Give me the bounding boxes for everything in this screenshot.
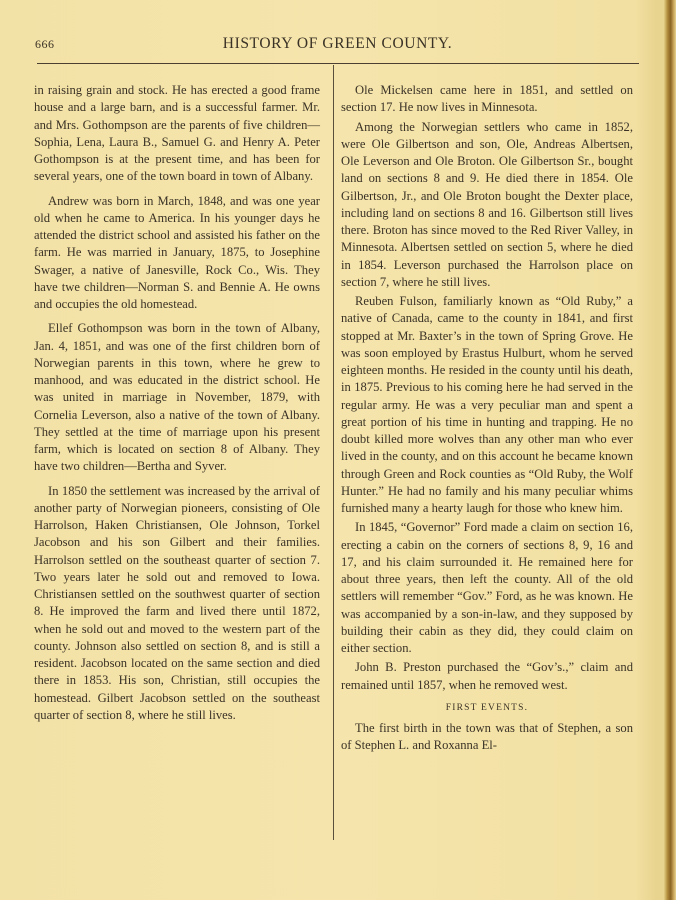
header-rule xyxy=(37,63,639,64)
paragraph-1850-settlement: In 1850 the settlement was increased by … xyxy=(34,483,320,725)
right-column: Ole Mickelsen came here in 1851, and set… xyxy=(341,82,633,757)
section-heading-first-events: FIRST EVENTS. xyxy=(341,700,633,717)
paragraph-continued: in raising grain and stock. He has erect… xyxy=(34,82,320,186)
paragraph-ellef-gothompson: Ellef Gothompson was born in the town of… xyxy=(34,320,320,475)
paragraph-john-preston: John B. Preston purchased the “Gov’s.,” … xyxy=(341,659,633,694)
paragraph-governor-ford: In 1845, “Governor” Ford made a claim on… xyxy=(341,519,633,657)
book-page: 666 HISTORY OF GREEN COUNTY. in raising … xyxy=(0,0,676,900)
running-title: HISTORY OF GREEN COUNTY. xyxy=(35,35,640,53)
page-header: 666 HISTORY OF GREEN COUNTY. xyxy=(35,33,640,53)
book-spine-edge xyxy=(664,0,676,900)
column-divider xyxy=(333,65,334,840)
paragraph-1852-settlers: Among the Norwegian settlers who came in… xyxy=(341,119,633,292)
left-column: in raising grain and stock. He has erect… xyxy=(34,82,320,731)
paragraph-andrew: Andrew was born in March, 1848, and was … xyxy=(34,193,320,314)
paragraph-reuben-fulson: Reuben Fulson, familiarly known as “Old … xyxy=(341,293,633,517)
paragraph-first-birth: The first birth in the town was that of … xyxy=(341,720,633,755)
paragraph-ole-mickelsen: Ole Mickelsen came here in 1851, and set… xyxy=(341,82,633,117)
